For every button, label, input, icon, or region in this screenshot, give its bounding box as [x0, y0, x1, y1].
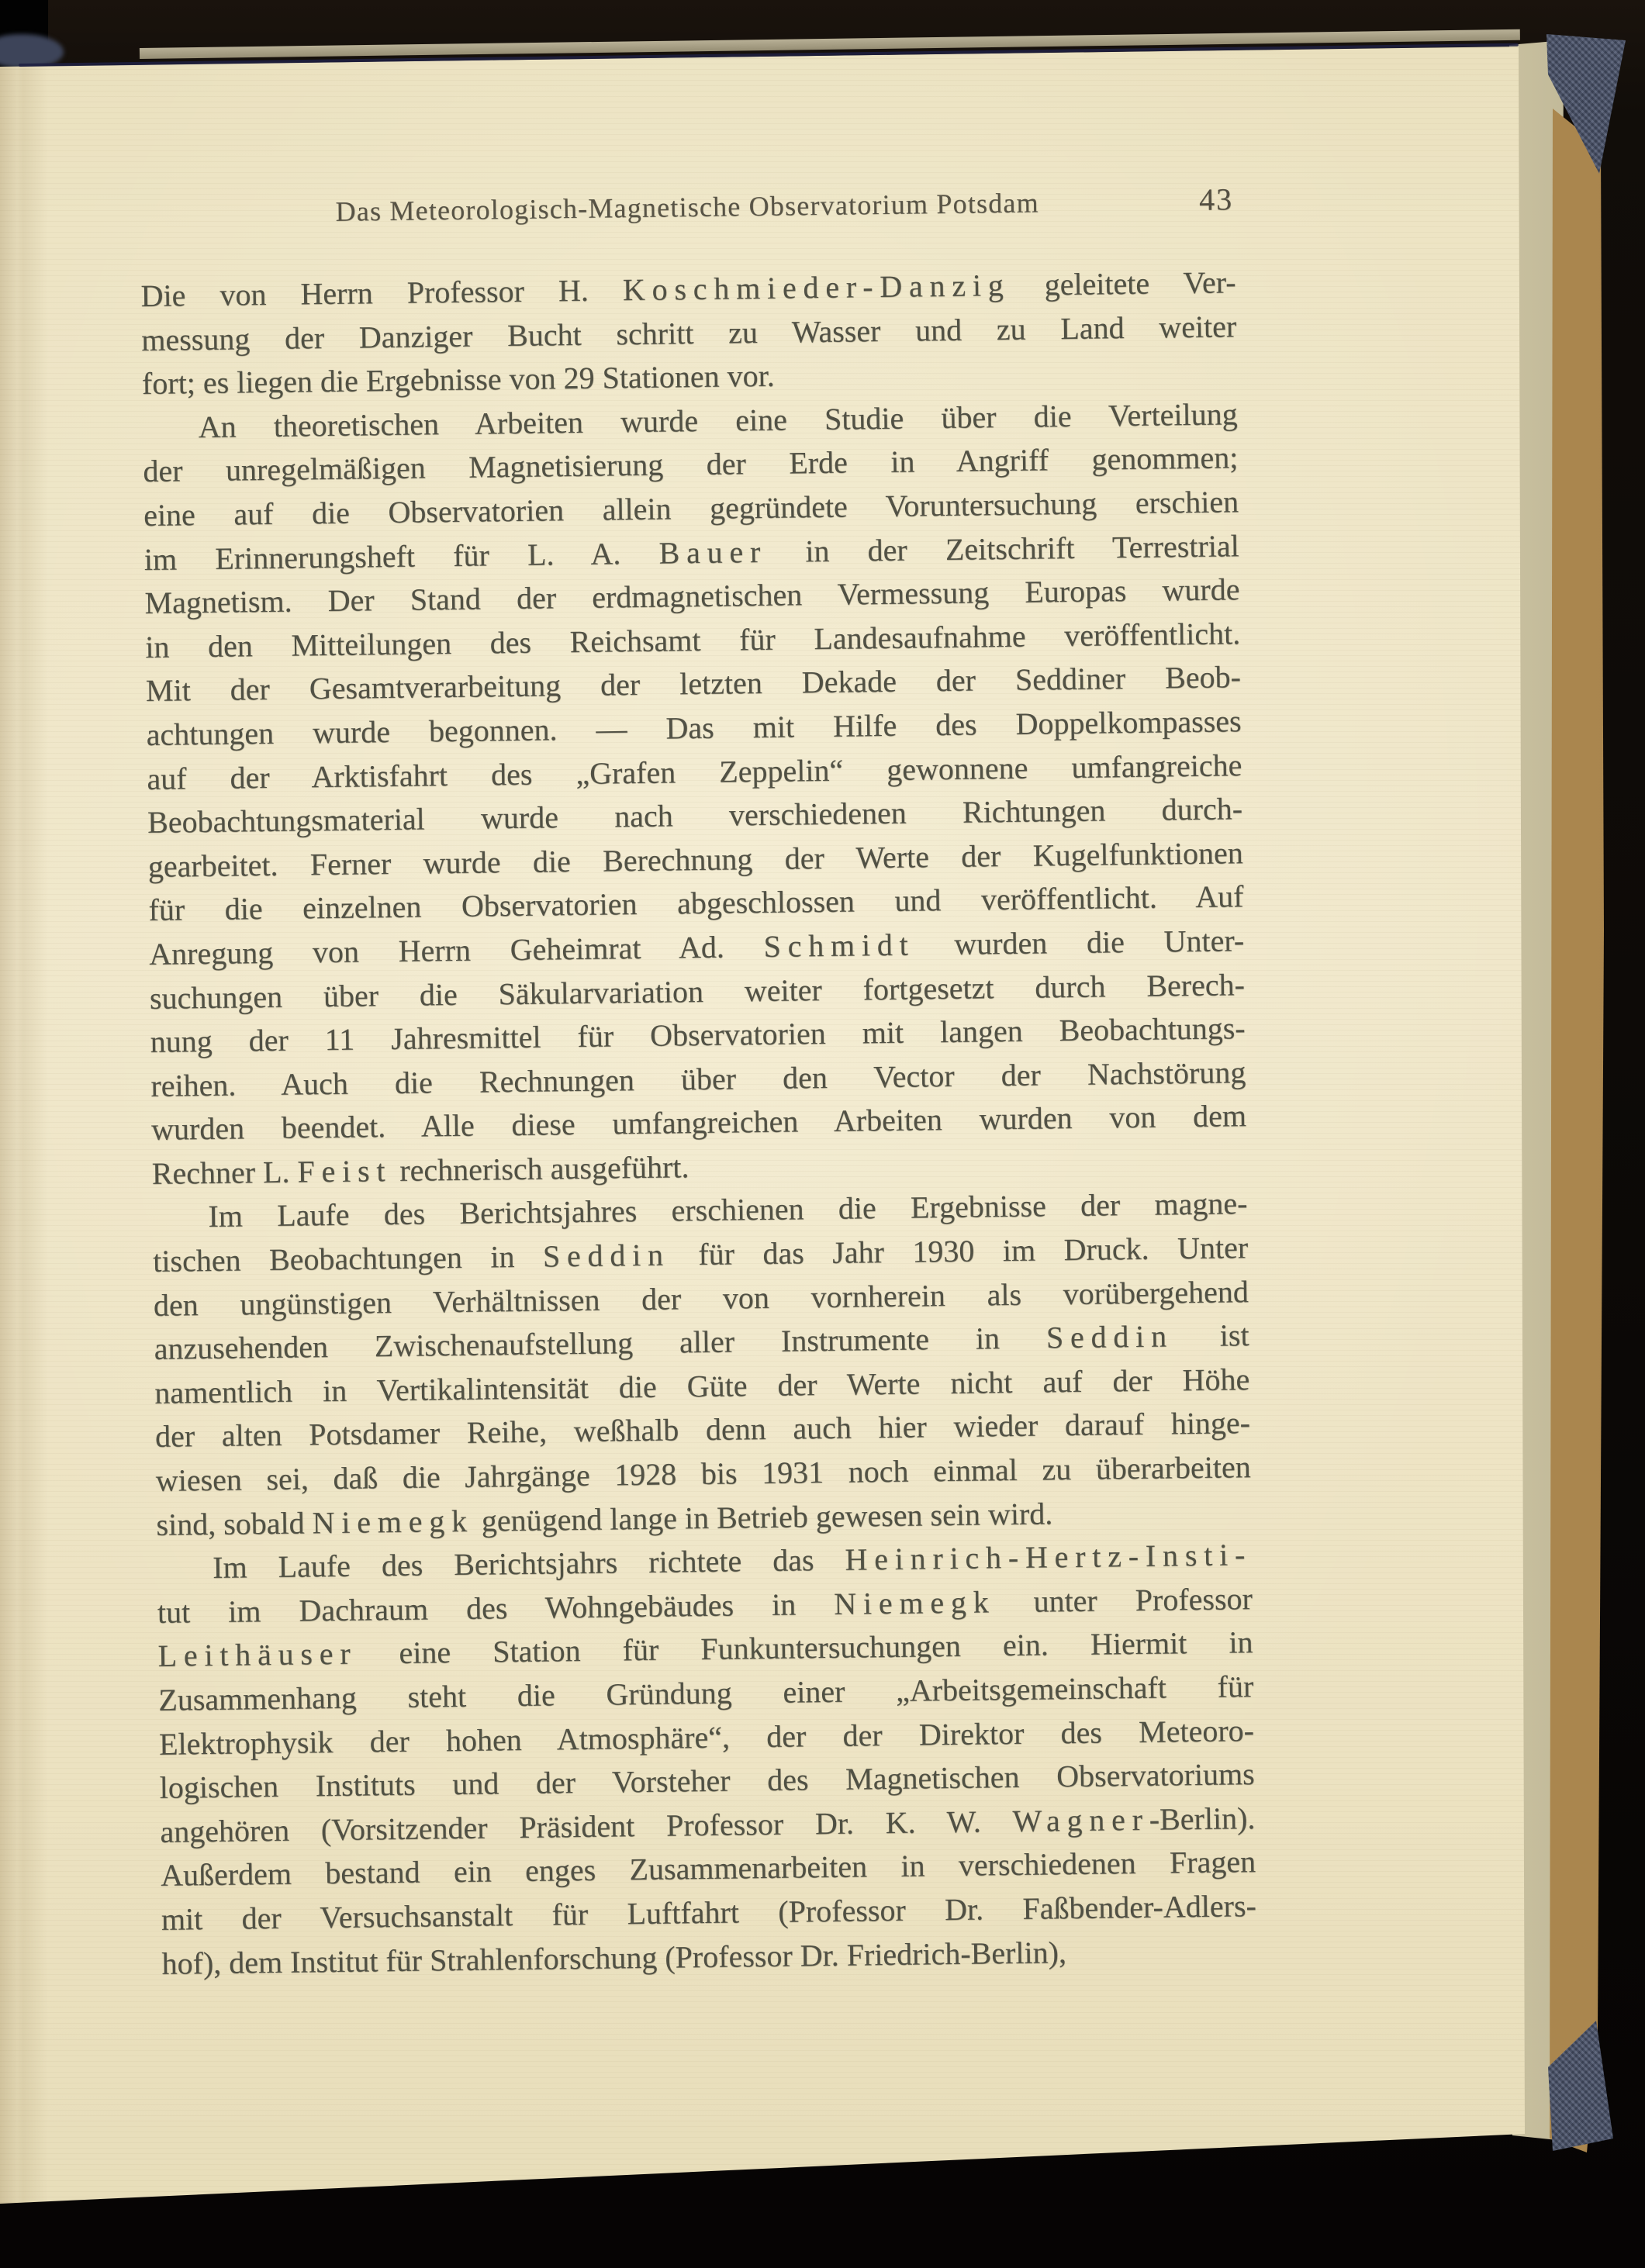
- letterspaced-name: Leithäuser: [157, 1636, 357, 1673]
- text-segment: sind, sobald: [156, 1505, 313, 1542]
- running-header: Das Meteorologisch-Magnetische Observato…: [140, 184, 1235, 232]
- text-segment: in der Zeitschrift Terrestrial: [767, 528, 1239, 569]
- letterspaced-name: Niemegk: [312, 1503, 474, 1540]
- text-segment: Zusammenhang steht die Gründung einer „A…: [158, 1669, 1253, 1717]
- text-segment: eine auf die Observatorien allein gegrün…: [143, 484, 1239, 533]
- letterspaced-name: Koschmieder-Danzig: [623, 268, 1011, 307]
- text-segment: logischen Instituts und der Vorsteher de…: [159, 1756, 1254, 1805]
- text-segment: angehören (Vorsitzender Präsident Profes…: [160, 1804, 1013, 1849]
- text-segment: ist: [1173, 1317, 1249, 1353]
- text-segment: Beobachtungsmaterial wurde nach verschie…: [147, 791, 1242, 840]
- text-segment: achtungen wurde begonnen. — Das mit Hilf…: [146, 703, 1241, 752]
- text-segment: eine Station für Funkuntersuchungen ein.…: [357, 1625, 1253, 1672]
- page-content: Das Meteorologisch-Magnetische Observato…: [140, 184, 1257, 1986]
- text-segment: nung der 11 Jahresmittel für Observatori…: [150, 1010, 1245, 1059]
- text-segment: Magnetism. Der Stand der erdmagnetischen…: [144, 571, 1239, 620]
- text-body: Die von Herrn Professor H. Koschmieder-D…: [140, 261, 1257, 1986]
- text-segment: im Erinnerungsheft für L. A.: [144, 535, 659, 576]
- letterspaced-name: Seddin: [543, 1238, 670, 1274]
- page-number: 43: [1199, 181, 1234, 218]
- text-segment: tut im Dachraum des Wohngebäudes in: [157, 1586, 835, 1630]
- text-segment: hof), dem Institut für Strahlenforschung…: [161, 1935, 1066, 1981]
- text-segment: rechnerisch ausgeführt.: [392, 1149, 689, 1188]
- letterspaced-name: Schmidt: [763, 927, 915, 963]
- text-segment: für die einzelnen Observatorien abgeschl…: [148, 879, 1243, 927]
- text-segment: wurden die Unter-: [914, 923, 1244, 961]
- letterspaced-name: Niemegk: [834, 1584, 996, 1621]
- scan-background: Das Meteorologisch-Magnetische Observato…: [0, 0, 1645, 2268]
- text-segment: genügend lange in Betrieb gewesen sein w…: [474, 1496, 1053, 1538]
- text-segment: unter Professor: [995, 1581, 1253, 1619]
- text-segment: Im Laufe des Berichtsjahres erschienen d…: [208, 1186, 1247, 1234]
- text-segment: wiesen sei, daß die Jahrgänge 1928 bis 1…: [156, 1449, 1251, 1498]
- text-segment: Anregung von Herrn Geheimrat Ad.: [149, 929, 764, 972]
- book-page: Das Meteorologisch-Magnetische Observato…: [0, 0, 1645, 2268]
- letterspaced-name: Heinrich-Hertz-Insti-: [845, 1537, 1252, 1577]
- letterspaced-name: Feist: [297, 1153, 392, 1189]
- text-segment: wurden beendet. Alle diese umfangreichen…: [151, 1098, 1246, 1147]
- letterspaced-name: Seddin: [1046, 1319, 1173, 1355]
- text-segment: fort; es liegen die Ergebnisse von 29 St…: [142, 358, 775, 401]
- text-segment: Rechner L.: [152, 1154, 298, 1190]
- text-segment: -Berlin).: [1149, 1800, 1255, 1837]
- text-segment: für das Jahr 1930 im Druck. Unter: [670, 1230, 1249, 1272]
- text-segment: An theoretischen Arbeiten wurde eine Stu…: [198, 396, 1237, 444]
- text-segment: anzusehenden Zwischenaufstellung aller I…: [154, 1320, 1046, 1366]
- page-header-title: Das Meteorologisch-Magnetische Observato…: [335, 186, 1039, 227]
- text-segment: tischen Beobachtungen in: [153, 1239, 543, 1279]
- text-segment: Im Laufe des Berichtsjahrs richtete das: [213, 1542, 845, 1585]
- text-segment: mit der Versuchsanstalt für Luftfahrt (P…: [161, 1888, 1256, 1937]
- letterspaced-name: Wagner: [1012, 1802, 1149, 1838]
- text-segment: geleitete Ver-: [1010, 264, 1235, 302]
- letterspaced-name: Bauer: [658, 533, 767, 570]
- text-segment: Die von Herrn Professor H.: [140, 272, 623, 313]
